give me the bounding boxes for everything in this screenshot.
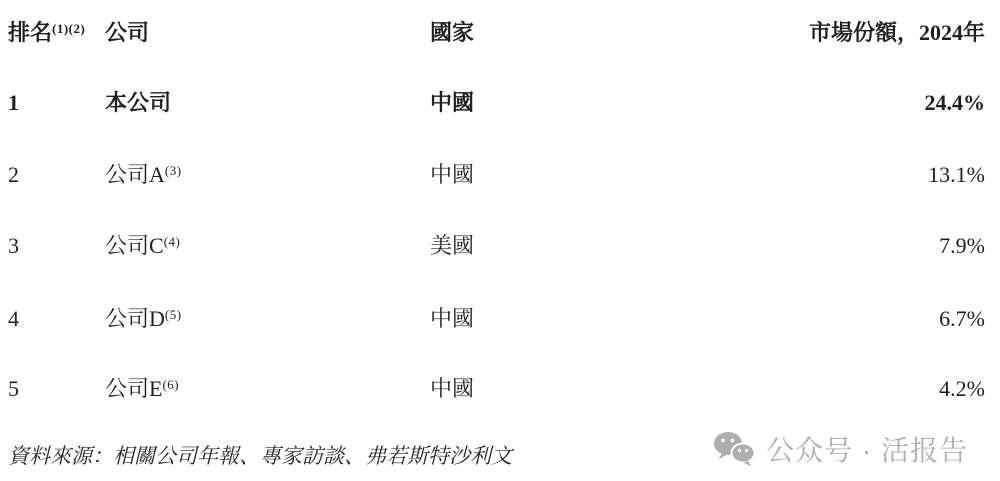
- country-cell: 中國: [430, 376, 745, 402]
- company-cell: 公司A(3): [105, 162, 430, 191]
- rank-header-label: 排名: [8, 20, 52, 45]
- source-note: 資料來源：相關公司年報、專家訪談、弗若斯特沙利文: [8, 440, 512, 470]
- company-name: 公司D: [105, 306, 165, 331]
- table-row: 2 公司A(3) 中國 13.1%: [8, 162, 985, 191]
- table-row: 4 公司D(5) 中國 6.7%: [8, 306, 985, 335]
- country-cell: 中國: [430, 162, 745, 188]
- share-column-header: 市場份額，2024年: [745, 20, 985, 46]
- company-column-header: 公司: [105, 20, 430, 46]
- country-cell: 中國: [430, 90, 745, 116]
- rank-cell: 4: [8, 306, 105, 332]
- company-cell: 公司D(5): [105, 306, 430, 335]
- share-cell: 4.2%: [745, 376, 985, 402]
- company-superscript: (6): [162, 377, 179, 392]
- table-header-row: 排名(1)(2) 公司 國家 市場份額，2024年: [8, 20, 985, 49]
- company-name: 公司C: [105, 233, 164, 258]
- company-name: 公司E: [105, 376, 162, 401]
- table-row: 1 本公司 中國 24.4%: [8, 90, 985, 119]
- company-name: 本公司: [105, 90, 171, 115]
- share-cell: 13.1%: [745, 162, 985, 188]
- company-superscript: (5): [165, 307, 182, 322]
- share-cell: 6.7%: [745, 306, 985, 332]
- rank-cell: 1: [8, 90, 105, 116]
- rank-column-header: 排名(1)(2): [8, 20, 105, 49]
- share-cell: 7.9%: [745, 233, 985, 259]
- table-row: 5 公司E(6) 中國 4.2%: [8, 376, 985, 405]
- company-cell: 公司C(4): [105, 233, 430, 262]
- wechat-watermark: 公众号 · 活报告: [712, 429, 968, 469]
- table-row: 3 公司C(4) 美國 7.9%: [8, 233, 985, 262]
- rank-header-superscript: (1)(2): [52, 21, 85, 36]
- watermark-label: 公众号 · 活报告: [766, 429, 968, 469]
- company-name: 公司A: [105, 162, 165, 187]
- share-cell: 24.4%: [745, 90, 985, 116]
- document-page: 排名(1)(2) 公司 國家 市場份額，2024年 1 本公司 中國 24.4%…: [0, 0, 1000, 481]
- country-cell: 美國: [430, 233, 745, 259]
- company-cell: 本公司: [105, 90, 430, 119]
- rank-cell: 5: [8, 376, 105, 402]
- company-cell: 公司E(6): [105, 376, 430, 405]
- country-column-header: 國家: [430, 20, 745, 46]
- rank-cell: 3: [8, 233, 105, 259]
- company-superscript: (4): [164, 234, 181, 249]
- wechat-icon: [712, 430, 756, 468]
- company-superscript: (3): [165, 163, 182, 178]
- rank-cell: 2: [8, 162, 105, 188]
- country-cell: 中國: [430, 306, 745, 332]
